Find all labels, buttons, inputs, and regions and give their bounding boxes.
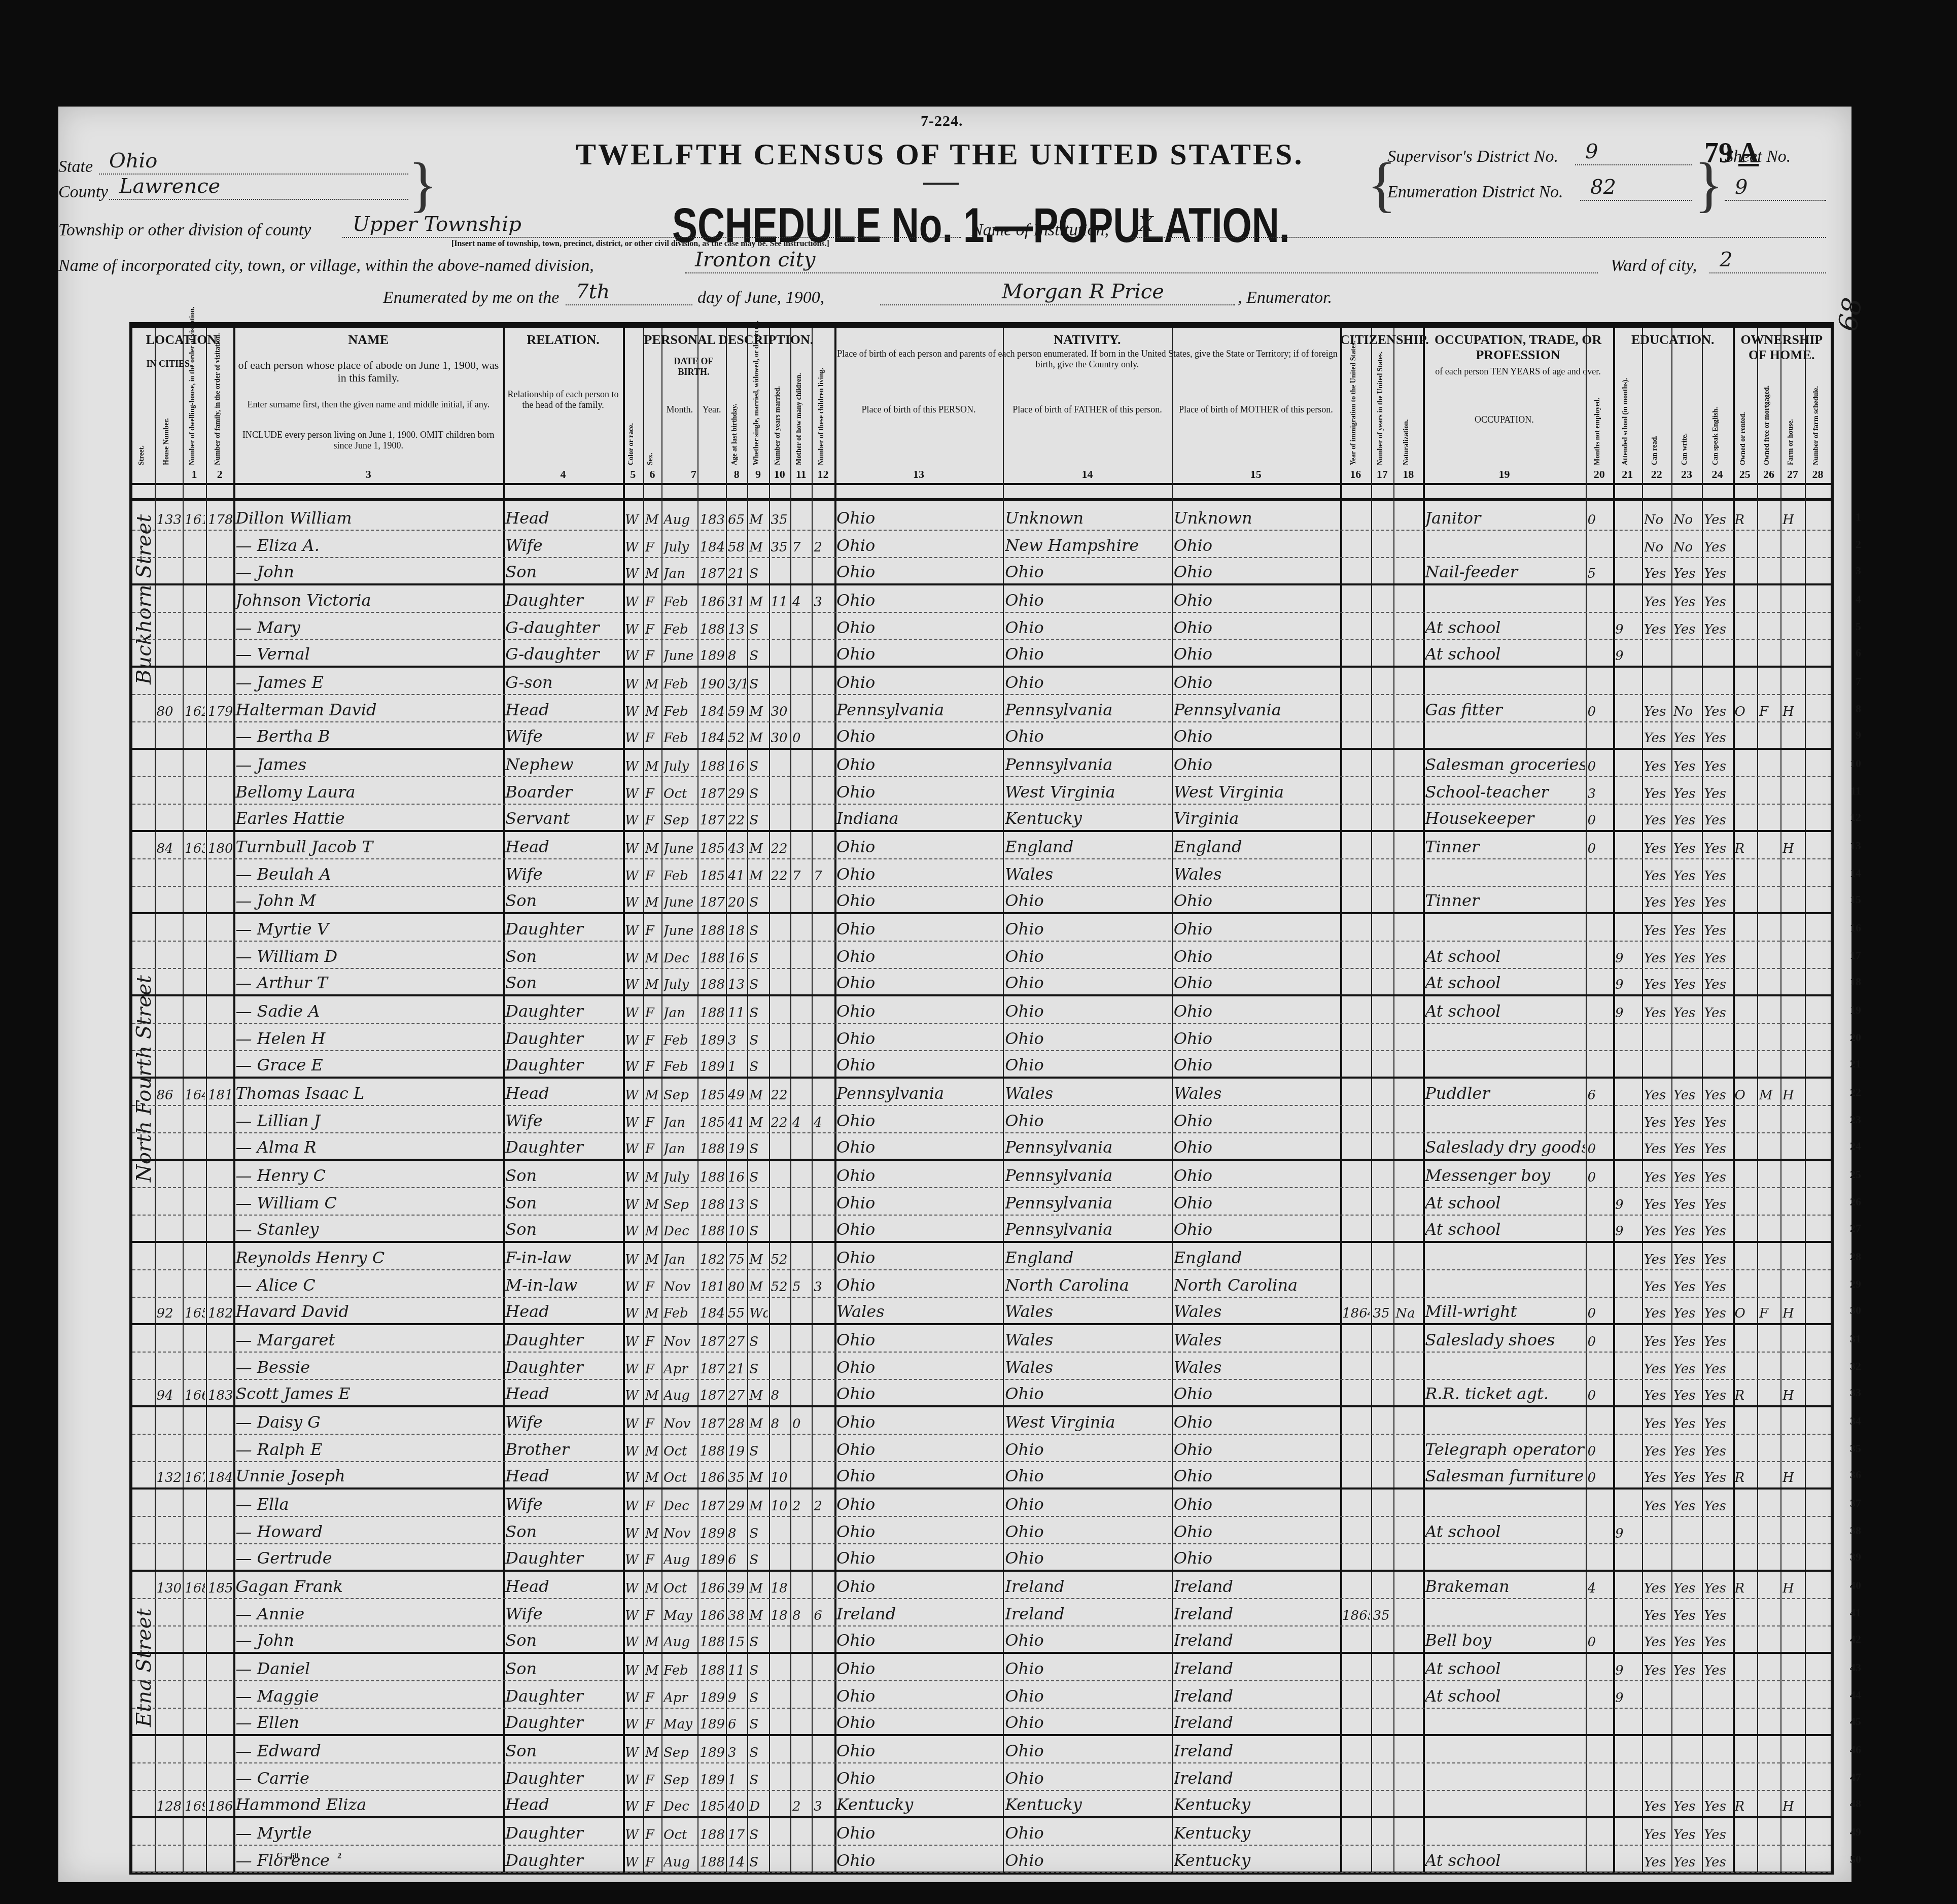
cell-pob-father: Pennsylvania <box>1005 1193 1170 1213</box>
cell-color: W <box>625 1197 642 1213</box>
cell-pob-father: Ohio <box>1005 919 1170 939</box>
cell-read: Yes <box>1644 1141 1670 1157</box>
cell-relation: Daughter <box>505 1548 622 1568</box>
cell-age: 9 <box>728 1690 746 1706</box>
cell-pob-mother: Wales <box>1174 1084 1339 1103</box>
column-group-header: EDUCATION. <box>1613 332 1733 348</box>
cell-relation: Boarder <box>505 782 622 802</box>
table-row: — Sadie ADaughterWFJan188911SOhioOhioOhi… <box>132 996 1831 1024</box>
line-number: 17 <box>1850 949 1861 962</box>
table-row: 130168185Gagan FrankHeadWMOct186039M18Oh… <box>132 1572 1831 1599</box>
cell-pob-father: England <box>1005 837 1170 856</box>
cell-pob: Ohio <box>836 726 1002 746</box>
cell-english: Yes <box>1704 759 1731 774</box>
cell-year: 1848 <box>700 731 725 746</box>
cell-age: 19 <box>728 1141 746 1157</box>
cell-month: June <box>663 923 696 939</box>
cell-pob-mother: Ireland <box>1174 1713 1339 1732</box>
cell-house: 132 <box>157 1470 182 1485</box>
cell-sex: F <box>645 786 660 802</box>
cell-marital: S <box>749 1224 767 1239</box>
cell-name: — Beulah A <box>235 864 502 884</box>
cell-name: Scott James E <box>235 1384 502 1403</box>
table-row: — EllaWifeWFDec187029M1022OhioOhioOhioYe… <box>132 1490 1831 1517</box>
cell-pob: Ohio <box>836 1384 1002 1403</box>
cell-pob-father: Ohio <box>1005 1686 1170 1706</box>
cell-name: Hammond Eliza <box>235 1795 502 1814</box>
cell-pob: Ohio <box>836 673 1002 692</box>
cell-age: 43 <box>728 841 746 856</box>
cell-pob-mother: Kentucky <box>1174 1823 1339 1843</box>
cell-name: — Myrtie V <box>235 919 502 939</box>
cell-pob-mother: Ohio <box>1174 1220 1339 1239</box>
cell-pob: Ireland <box>836 1604 1002 1623</box>
cell-immig: 1865 <box>1342 1608 1370 1623</box>
cell-yrs-married: 10 <box>771 1499 789 1514</box>
cell-sex: F <box>645 1499 660 1514</box>
cell-occupation: Bell boy <box>1425 1631 1584 1650</box>
cell-read: Yes <box>1644 951 1670 966</box>
cell-pob-mother: England <box>1174 837 1339 856</box>
column-header-english: Can speak English. <box>1712 364 1720 465</box>
cell-pob: Ohio <box>836 1440 1002 1459</box>
cell-pob: Pennsylvania <box>836 1084 1002 1103</box>
cell-name: — Bertha B <box>235 726 502 746</box>
cell-pob-father: Wales <box>1005 1330 1170 1349</box>
column-number: 20 <box>1586 468 1613 481</box>
cell-year: 1886 <box>700 977 725 992</box>
cell-occupation: R.R. ticket agt. <box>1425 1384 1584 1403</box>
cell-living: 2 <box>814 540 833 555</box>
column-header-yrs-married: Number of years married. <box>774 364 782 465</box>
table-row: — John MSonWMJune187920SOhioOhioOhioTinn… <box>132 887 1831 914</box>
cell-color: W <box>625 1279 642 1295</box>
cell-pob-mother: Ohio <box>1174 1466 1339 1485</box>
cell-marital: D <box>749 1799 767 1814</box>
cell-age: 28 <box>728 1416 746 1432</box>
cell-write: Yes <box>1673 759 1701 774</box>
cell-pob-father: Ohio <box>1005 673 1170 692</box>
cell-pob-mother: Ohio <box>1174 1001 1339 1021</box>
cell-pob-father: Pennsylvania <box>1005 755 1170 774</box>
cell-read: Yes <box>1644 1279 1670 1295</box>
county-value: Lawrence <box>119 175 220 198</box>
enumerator-field: Morgan R Price <box>880 283 1235 305</box>
cell-english: Yes <box>1704 566 1731 581</box>
cell-occupation: Telegraph operator <box>1425 1440 1584 1459</box>
birth-person-header: Place of birth of this PERSON. <box>834 404 1003 415</box>
cell-write: Yes <box>1673 1334 1701 1349</box>
cell-color: W <box>625 1088 642 1103</box>
cell-pob-father: Pennsylvania <box>1005 1137 1170 1157</box>
ward-label: Ward of city, <box>1611 256 1697 275</box>
cell-color: W <box>625 1388 642 1403</box>
cell-age: 22 <box>728 813 746 828</box>
cell-age: 13 <box>728 1197 746 1213</box>
cell-name: — John <box>235 1631 502 1650</box>
cell-sex: M <box>645 1444 660 1459</box>
line-number: 32 <box>1850 1360 1861 1373</box>
cell-month: Nov <box>663 1416 696 1432</box>
table-row: — Ralph EBrotherWMOct188019SOhioOhioOhio… <box>132 1435 1831 1462</box>
cell-year: 1872 <box>700 1388 725 1403</box>
cell-family: 179 <box>208 704 232 719</box>
cell-write: Yes <box>1673 1416 1701 1432</box>
cell-family: 183 <box>208 1388 232 1403</box>
cell-marital: M <box>749 1252 767 1267</box>
cell-month: Sep <box>663 813 696 828</box>
cell-color: W <box>625 1444 642 1459</box>
cell-unemployed: 0 <box>1588 813 1612 828</box>
cell-age: 3 <box>728 1745 746 1760</box>
cell-yrs-married: 18 <box>771 1581 789 1596</box>
cell-read: Yes <box>1644 1334 1670 1349</box>
cell-relation: G-daughter <box>505 618 622 637</box>
cell-pob-father: Ohio <box>1005 1440 1170 1459</box>
cell-english: Yes <box>1704 1006 1731 1021</box>
cell-yrs-married: 52 <box>771 1252 789 1267</box>
cell-living: 4 <box>814 1115 833 1130</box>
cell-sex: M <box>645 951 660 966</box>
cell-pob-father: West Virginia <box>1005 782 1170 802</box>
ward-field: 2 <box>1709 251 1826 273</box>
cell-pob-mother: Ohio <box>1174 1029 1339 1048</box>
cell-color: W <box>625 648 642 664</box>
cell-dwelling: 163 <box>185 841 205 856</box>
cell-write: Yes <box>1673 1362 1701 1377</box>
cell-month: Nov <box>663 1334 696 1349</box>
city-label: Name of incorporated city, town, or vill… <box>58 256 594 275</box>
cell-name: — Sadie A <box>235 1001 502 1021</box>
table-row: 133161178Dillon WilliamHeadWMAug183465M3… <box>132 503 1831 531</box>
cell-name: Bellomy Laura <box>235 782 502 802</box>
cell-month: June <box>663 648 696 664</box>
cell-read: Yes <box>1644 1006 1670 1021</box>
cell-relation: Son <box>505 947 622 966</box>
township-value: Upper Township <box>353 213 521 236</box>
cell-pob-mother: Ohio <box>1174 562 1339 581</box>
cell-name: — Bessie <box>235 1358 502 1377</box>
cell-unemployed: 0 <box>1588 704 1612 719</box>
cell-marital: M <box>749 841 767 856</box>
cell-pob-mother: Ohio <box>1174 1440 1339 1459</box>
table-row: — DanielSonWMFeb188911SOhioOhioIrelandAt… <box>132 1654 1831 1681</box>
column-number: 3 <box>233 468 503 481</box>
cell-color: W <box>625 1033 642 1048</box>
cell-month: Feb <box>663 704 696 719</box>
cell-month: Feb <box>663 677 696 692</box>
cell-english: Yes <box>1704 622 1731 637</box>
table-row: 86164181Thomas Isaac LHeadWMSep185049M22… <box>132 1079 1831 1106</box>
cell-month: Sep <box>663 1197 696 1213</box>
cell-age: 13 <box>728 622 746 637</box>
cell-year: 1879 <box>700 895 725 910</box>
table-row: — JohnSonWMJan187921SOhioOhioOhioNail-fe… <box>132 558 1831 585</box>
cell-write: Yes <box>1673 951 1701 966</box>
cell-own: R <box>1735 512 1756 528</box>
cell-read: Yes <box>1644 841 1670 856</box>
cell-name: — Daniel <box>235 1659 502 1678</box>
cell-read: Yes <box>1644 1855 1670 1870</box>
cell-sex: F <box>645 1059 660 1075</box>
table-row: — JamesNephewWMJuly188316SOhioPennsylvan… <box>132 750 1831 777</box>
header-rule-bottom <box>132 498 1831 501</box>
column-header-farmsched: Number of farm schedule. <box>1812 364 1821 465</box>
column-number: 25 <box>1733 468 1757 481</box>
cell-pob-mother: Ireland <box>1174 1604 1339 1623</box>
cell-pob-mother: Pennsylvania <box>1174 700 1339 719</box>
table-row: — Grace EDaughterWFFeb18991SOhioOhioOhio… <box>132 1051 1831 1079</box>
cell-name: Gagan Frank <box>235 1577 502 1596</box>
cell-pob: Ohio <box>836 591 1002 610</box>
cell-name: — Stanley <box>235 1220 502 1239</box>
column-header-immig: Year of immigration to the United States… <box>1350 364 1358 465</box>
cell-marital: S <box>749 1141 767 1157</box>
cell-write: Yes <box>1673 1663 1701 1678</box>
cell-pob-father: Ohio <box>1005 1495 1170 1514</box>
column-header-natur: Naturalization. <box>1403 364 1411 465</box>
supervisor-value: 9 <box>1585 140 1598 163</box>
line-number: 47 <box>1850 1771 1861 1784</box>
cell-relation: Son <box>505 1659 622 1678</box>
cell-month: June <box>663 841 696 856</box>
cell-year: 1871 <box>700 1416 725 1432</box>
cell-sex: F <box>645 1690 660 1706</box>
cell-month: Apr <box>663 1362 696 1377</box>
cell-yrs-married: 52 <box>771 1279 789 1295</box>
cell-occupation: Saleslady shoes <box>1425 1330 1584 1349</box>
cell-mother-of: 2 <box>792 1499 811 1514</box>
cell-age: 6 <box>728 1717 746 1732</box>
column-number: 22 <box>1642 468 1671 481</box>
day-field: 7th <box>566 283 692 305</box>
cell-mother-of: 0 <box>792 731 811 746</box>
population-table: LOCATION.NAMERELATION.PERSONAL DESCRIPTI… <box>129 322 1834 1875</box>
cell-english: Yes <box>1704 1306 1731 1321</box>
cell-sex: M <box>645 1635 660 1650</box>
cell-pob-father: Ohio <box>1005 618 1170 637</box>
cell-color: W <box>625 1362 642 1377</box>
cell-farm: H <box>1783 704 1804 719</box>
cell-unemployed: 0 <box>1588 759 1612 774</box>
state-value: Ohio <box>109 149 157 172</box>
cell-pob: Ohio <box>836 1166 1002 1185</box>
cell-color: W <box>625 566 642 581</box>
cell-year: 1824 <box>700 1252 725 1267</box>
column-header-living: Number of these children living. <box>818 364 826 465</box>
cell-color: W <box>625 1306 642 1321</box>
cell-read: Yes <box>1644 622 1670 637</box>
cell-pob-father: New Hampshire <box>1005 536 1170 555</box>
cell-pob-mother: Kentucky <box>1174 1851 1339 1870</box>
cell-read: Yes <box>1644 1581 1670 1596</box>
column-header-unemployed: Months not employed. <box>1594 364 1602 465</box>
cell-age: 41 <box>728 1115 746 1130</box>
cell-relation: Daughter <box>505 591 622 610</box>
cell-name: Halterman David <box>235 700 502 719</box>
cell-read: Yes <box>1644 704 1670 719</box>
cell-school: 9 <box>1615 1690 1641 1706</box>
table-row: — StanleySonWMDec188910SOhioPennsylvania… <box>132 1216 1831 1243</box>
cell-sex: M <box>645 1306 660 1321</box>
cell-pob-father: Ohio <box>1005 1466 1170 1485</box>
cell-sex: F <box>645 1334 660 1349</box>
cell-house: 128 <box>157 1799 182 1814</box>
cell-dwelling: 164 <box>185 1088 205 1103</box>
line-number: 25 <box>1850 1168 1861 1181</box>
cell-pob-mother: Ireland <box>1174 1686 1339 1706</box>
cell-pob-mother: Ohio <box>1174 644 1339 664</box>
cell-family: 178 <box>208 512 232 528</box>
day-suffix: day of June, 1900, <box>697 288 824 307</box>
cell-name: Unnie Joseph <box>235 1466 502 1485</box>
cell-read: Yes <box>1644 1362 1670 1377</box>
cell-age: 1 <box>728 1773 746 1788</box>
cell-sex: M <box>645 1526 660 1541</box>
cell-unemployed: 5 <box>1588 566 1612 581</box>
cell-unemployed: 0 <box>1588 1334 1612 1349</box>
cell-pob-father: Ohio <box>1005 1769 1170 1788</box>
cell-name: Turnbull Jacob T <box>235 837 502 856</box>
table-row: — Alma RDaughterWFJan188119SOhioPennsylv… <box>132 1133 1831 1161</box>
cell-read: Yes <box>1644 1224 1670 1239</box>
cell-unemployed: 3 <box>1588 786 1612 802</box>
cell-sex: M <box>645 1470 660 1485</box>
cell-pob-mother: Ohio <box>1174 726 1339 746</box>
line-number: 9 <box>1856 729 1861 742</box>
line-number: 11 <box>1850 784 1861 798</box>
cell-relation: G-daughter <box>505 644 622 664</box>
cell-read: Yes <box>1644 1827 1670 1843</box>
cell-school: 9 <box>1615 1006 1641 1021</box>
cell-pob: Ohio <box>836 1686 1002 1706</box>
cell-name: Dillon William <box>235 508 502 528</box>
table-row: — CarrieDaughterWFSep18981SOhioOhioIrela… <box>132 1763 1831 1791</box>
cell-write: Yes <box>1673 895 1701 910</box>
cell-year: 1881 <box>700 1141 725 1157</box>
cell-sex: F <box>645 1855 660 1870</box>
cell-relation: Daughter <box>505 1713 622 1732</box>
cell-age: 80 <box>728 1279 746 1295</box>
cell-sex: M <box>645 1388 660 1403</box>
street-label: Buckhorn Street <box>132 508 155 690</box>
cell-yrs-married: 22 <box>771 1115 789 1130</box>
cell-year: 1896 <box>700 1745 725 1760</box>
cell-unemployed: 0 <box>1588 1635 1612 1650</box>
cell-yrs-married: 18 <box>771 1608 789 1623</box>
cell-yrs-married: 22 <box>771 869 789 884</box>
cell-age: 59 <box>728 704 746 719</box>
cell-month: Dec <box>663 1799 696 1814</box>
cell-year: 1883 <box>700 951 725 966</box>
cell-occupation: At school <box>1425 1193 1584 1213</box>
cell-name: — Daisy G <box>235 1412 502 1432</box>
margin-annotation: 68 <box>1833 295 1869 334</box>
cell-age: 75 <box>728 1252 746 1267</box>
column-header-farm: Farm or house. <box>1787 364 1795 465</box>
cell-month: Feb <box>663 622 696 637</box>
cell-english: Yes <box>1704 977 1731 992</box>
cell-name: Thomas Isaac L <box>235 1084 502 1103</box>
line-number: 26 <box>1850 1195 1861 1208</box>
cell-name: — Gertrude <box>235 1548 502 1568</box>
cell-relation: Daughter <box>505 1001 622 1021</box>
line-number: 14 <box>1850 867 1861 880</box>
cell-name: — Arthur T <box>235 973 502 992</box>
cell-sex: F <box>645 1827 660 1843</box>
cell-english: Yes <box>1704 512 1731 528</box>
cell-english: Yes <box>1704 1170 1731 1185</box>
table-row: — MaggieDaughterWFApr18919SOhioOhioIrela… <box>132 1681 1831 1709</box>
cell-read: No <box>1644 512 1670 528</box>
cell-pob-father: Ohio <box>1005 1851 1170 1870</box>
table-row: — Lillian JWifeWFJan185941M2244OhioOhioO… <box>132 1106 1831 1133</box>
cell-marital: S <box>749 1827 767 1843</box>
cell-marital: S <box>749 1362 767 1377</box>
cell-pob-mother: Ohio <box>1174 1137 1339 1157</box>
cell-marital: M <box>749 1115 767 1130</box>
column-header-family: Number of family, in the order of visita… <box>214 364 222 465</box>
cell-read: Yes <box>1644 1799 1670 1814</box>
cell-write: Yes <box>1673 1444 1701 1459</box>
cell-marital: M <box>749 1388 767 1403</box>
cell-read: Yes <box>1644 731 1670 746</box>
line-number: 49 <box>1850 1825 1861 1839</box>
line-number: 19 <box>1850 1003 1861 1017</box>
cell-pob: Ohio <box>836 1495 1002 1514</box>
cell-relation: Wife <box>505 864 622 884</box>
cell-month: July <box>663 1170 696 1185</box>
column-number: 15 <box>1172 468 1340 481</box>
street-label: North Fourth Street <box>132 700 155 1457</box>
line-number: 3 <box>1856 564 1861 577</box>
column-number: 21 <box>1613 468 1642 481</box>
cell-year: 1884 <box>700 1635 725 1650</box>
table-row: — William DSonWMDec188316SOhioOhioOhioAt… <box>132 942 1831 969</box>
cell-marital: M <box>749 1416 767 1432</box>
occupation-header: OCCUPATION. <box>1423 414 1585 425</box>
cell-pob-mother: Wales <box>1174 1330 1339 1349</box>
cell-read: Yes <box>1644 1635 1670 1650</box>
cell-pob-father: Wales <box>1005 1358 1170 1377</box>
cell-marital: S <box>749 677 767 692</box>
line-number: 50 <box>1850 1853 1861 1866</box>
cell-english: Yes <box>1704 540 1731 555</box>
cell-month: May <box>663 1717 696 1732</box>
cell-immig: 1864 <box>1342 1306 1370 1321</box>
cell-relation: Daughter <box>505 1137 622 1157</box>
table-row: Reynolds Henry CF-in-lawWMJan182475M52Oh… <box>132 1243 1831 1270</box>
cell-pob: Ohio <box>836 1029 1002 1048</box>
cell-marital: Wd <box>749 1306 767 1321</box>
cell-month: July <box>663 540 696 555</box>
cell-name: Johnson Victoria <box>235 591 502 610</box>
cell-read: Yes <box>1644 1306 1670 1321</box>
cell-year: 1862 <box>700 1608 725 1623</box>
cell-pob-mother: Ohio <box>1174 1495 1339 1514</box>
cell-color: W <box>625 813 642 828</box>
column-number: 24 <box>1702 468 1732 481</box>
cell-school: 9 <box>1615 1663 1641 1678</box>
name-description: of each person whose place of abode on J… <box>233 359 503 385</box>
table-row: — Arthur TSonWMJuly188613SOhioOhioOhioAt… <box>132 969 1831 996</box>
cell-english: Yes <box>1704 1827 1731 1843</box>
day-value: 7th <box>576 280 610 303</box>
cell-house: 130 <box>157 1581 182 1596</box>
line-number: 27 <box>1850 1222 1861 1235</box>
cell-relation: Daughter <box>505 1823 622 1843</box>
institution-field: X <box>1129 216 1826 238</box>
